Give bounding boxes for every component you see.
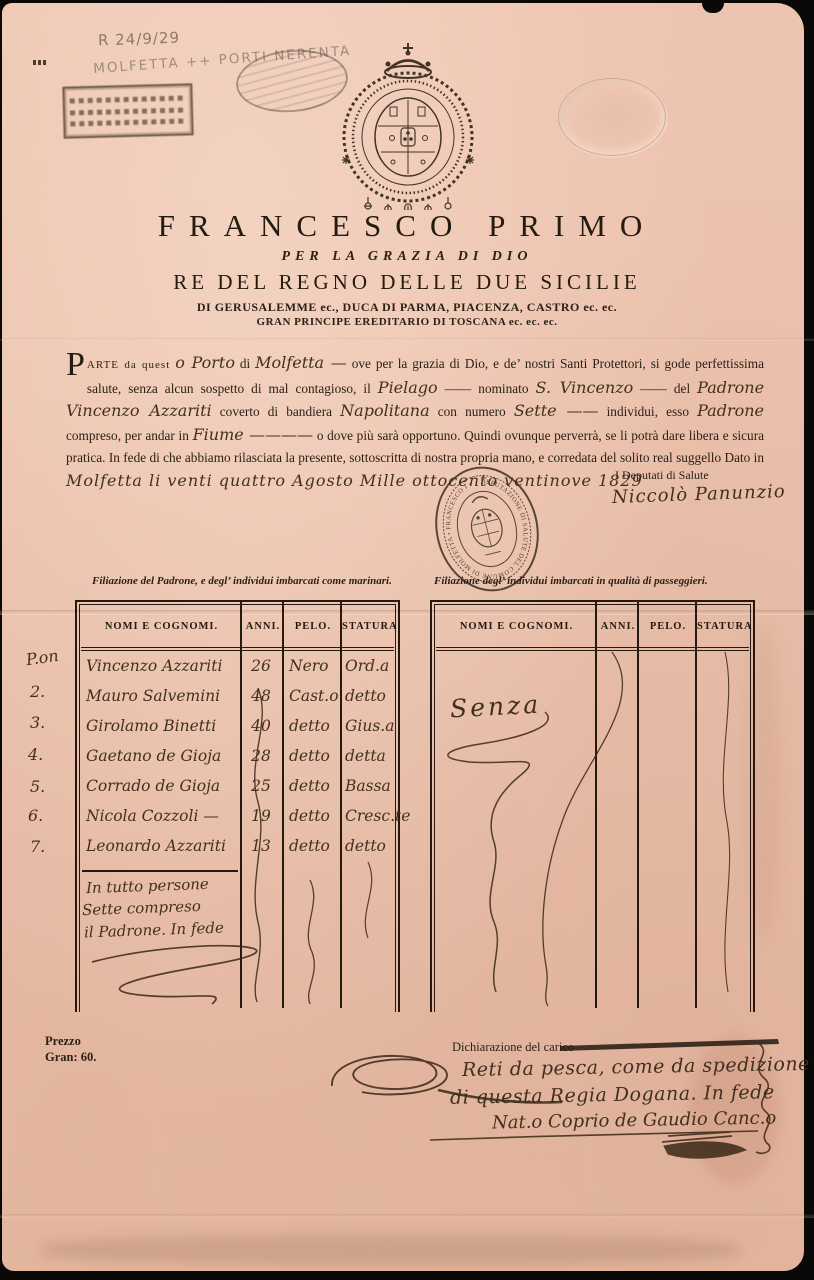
print-segment: coverto di bandiera: [220, 404, 332, 419]
margin-number: 4.: [28, 745, 43, 764]
passenger-table-header: NOMI E COGNOMI. ANNI. PELO. STATURA.: [436, 606, 749, 651]
titles-line-1: DI GERUSALEMME ec., DUCA DI PARMA, PIACE…: [0, 300, 814, 315]
col-header-anni: ANNI.: [242, 621, 284, 632]
print-segment: individui, esso: [607, 404, 689, 419]
crew-table-header: NOMI E COGNOMI. ANNI. PELO. STATURA.: [81, 606, 394, 651]
crew-row: Girolamo Binetti40dettoGius.a: [77, 711, 399, 741]
cargo-declaration-label: Dichiarazione del carico: [452, 1040, 574, 1055]
col-header-names: NOMI E COGNOMI.: [81, 621, 242, 632]
column-line: [695, 602, 697, 1008]
handwritten-flag: Napolitana: [340, 401, 429, 420]
passenger-table-frame: NOMI E COGNOMI. ANNI. PELO. STATURA.: [430, 600, 755, 1012]
margin-number: 2.: [30, 682, 45, 701]
print-segment: con numero: [438, 404, 506, 419]
handwritten-vessel-name: S. Vincenzo: [536, 378, 634, 397]
margin-number: 5.: [30, 777, 45, 796]
crew-row: Leonardo Azzariti13dettodetto: [77, 831, 399, 861]
kingdom-line: RE DEL REGNO DELLE DUE SICILIE: [0, 270, 814, 295]
col-header-names: NOMI E COGNOMI.: [436, 621, 597, 632]
pencil-date-annotation: R 24/9/29: [98, 29, 181, 50]
handwritten-town: Molfetta —: [255, 353, 347, 372]
titles-line-2: GRAN PRINCIPE EREDITARIO DI TOSCANA ec. …: [0, 316, 814, 328]
footer-rule: [82, 870, 238, 872]
print-segment: di: [240, 356, 250, 371]
print-segment: compreso, per andar in: [66, 428, 189, 443]
column-line: [637, 602, 639, 1008]
deputies-label: I Deputati di Salute: [615, 468, 709, 483]
pencil-tick-mark: [33, 60, 47, 65]
print-segment: —— nominato: [445, 381, 529, 396]
margin-number: 3.: [30, 713, 45, 732]
embossed-blind-seal: [558, 78, 666, 156]
column-line: [595, 602, 597, 1008]
margin-number: 6.: [28, 806, 43, 825]
document-title: FRANCESCO PRIMO: [0, 208, 814, 244]
price-label: Prezzo: [45, 1034, 81, 1049]
price-value: Gran: 60.: [45, 1050, 96, 1065]
handwritten-crew-count: Sette ——: [514, 401, 599, 420]
print-segment: ARTE da quest: [87, 359, 170, 371]
print-segment: —— del: [640, 381, 690, 396]
rectangular-ink-stamp: [62, 83, 193, 138]
handwritten-destination: Fiume ————: [193, 425, 314, 444]
crew-row: Corrado de Gioja25dettoBassa: [77, 771, 399, 801]
drop-cap: P: [66, 352, 85, 378]
handwritten-port: o Porto: [175, 353, 235, 372]
col-header-pelo: PELO.: [639, 621, 697, 632]
left-table-caption: Filiazione del Padrone, e degl’ individu…: [92, 575, 392, 587]
handwritten-padrone: Padrone: [697, 401, 764, 420]
col-header-anni: ANNI.: [597, 621, 639, 632]
handwritten-date-line: Molfetta li venti quattro Agosto Mille o…: [66, 471, 643, 490]
margin-number: 7.: [30, 837, 45, 856]
no-passengers-note: Senza: [449, 690, 542, 724]
crew-total-line-2: Sette compreso: [82, 896, 202, 921]
col-header-statura: STATURA.: [342, 621, 401, 632]
photo-stage: R 24/9/29 MOLFETTA ++ PORTI NERENTA: [0, 0, 814, 1280]
crew-row: Mauro Salvemini48Cast.odetto: [77, 681, 399, 711]
col-header-statura: STATURA.: [697, 621, 756, 632]
col-header-pelo: PELO.: [284, 621, 342, 632]
crew-row: Vincenzo Azzariti26NeroOrd.a: [77, 651, 399, 681]
handwritten-vessel-type: Pielago: [378, 378, 438, 397]
crew-row: Gaetano de Gioja28dettodetta: [77, 741, 399, 771]
right-table-caption: Filiazione degl’ individui imbarcati in …: [434, 575, 708, 587]
crew-row: Nicola Cozzoli —19dettoCresc.te: [77, 801, 399, 831]
document-subtitle: PER LA GRAZIA DI DIO: [0, 249, 814, 265]
